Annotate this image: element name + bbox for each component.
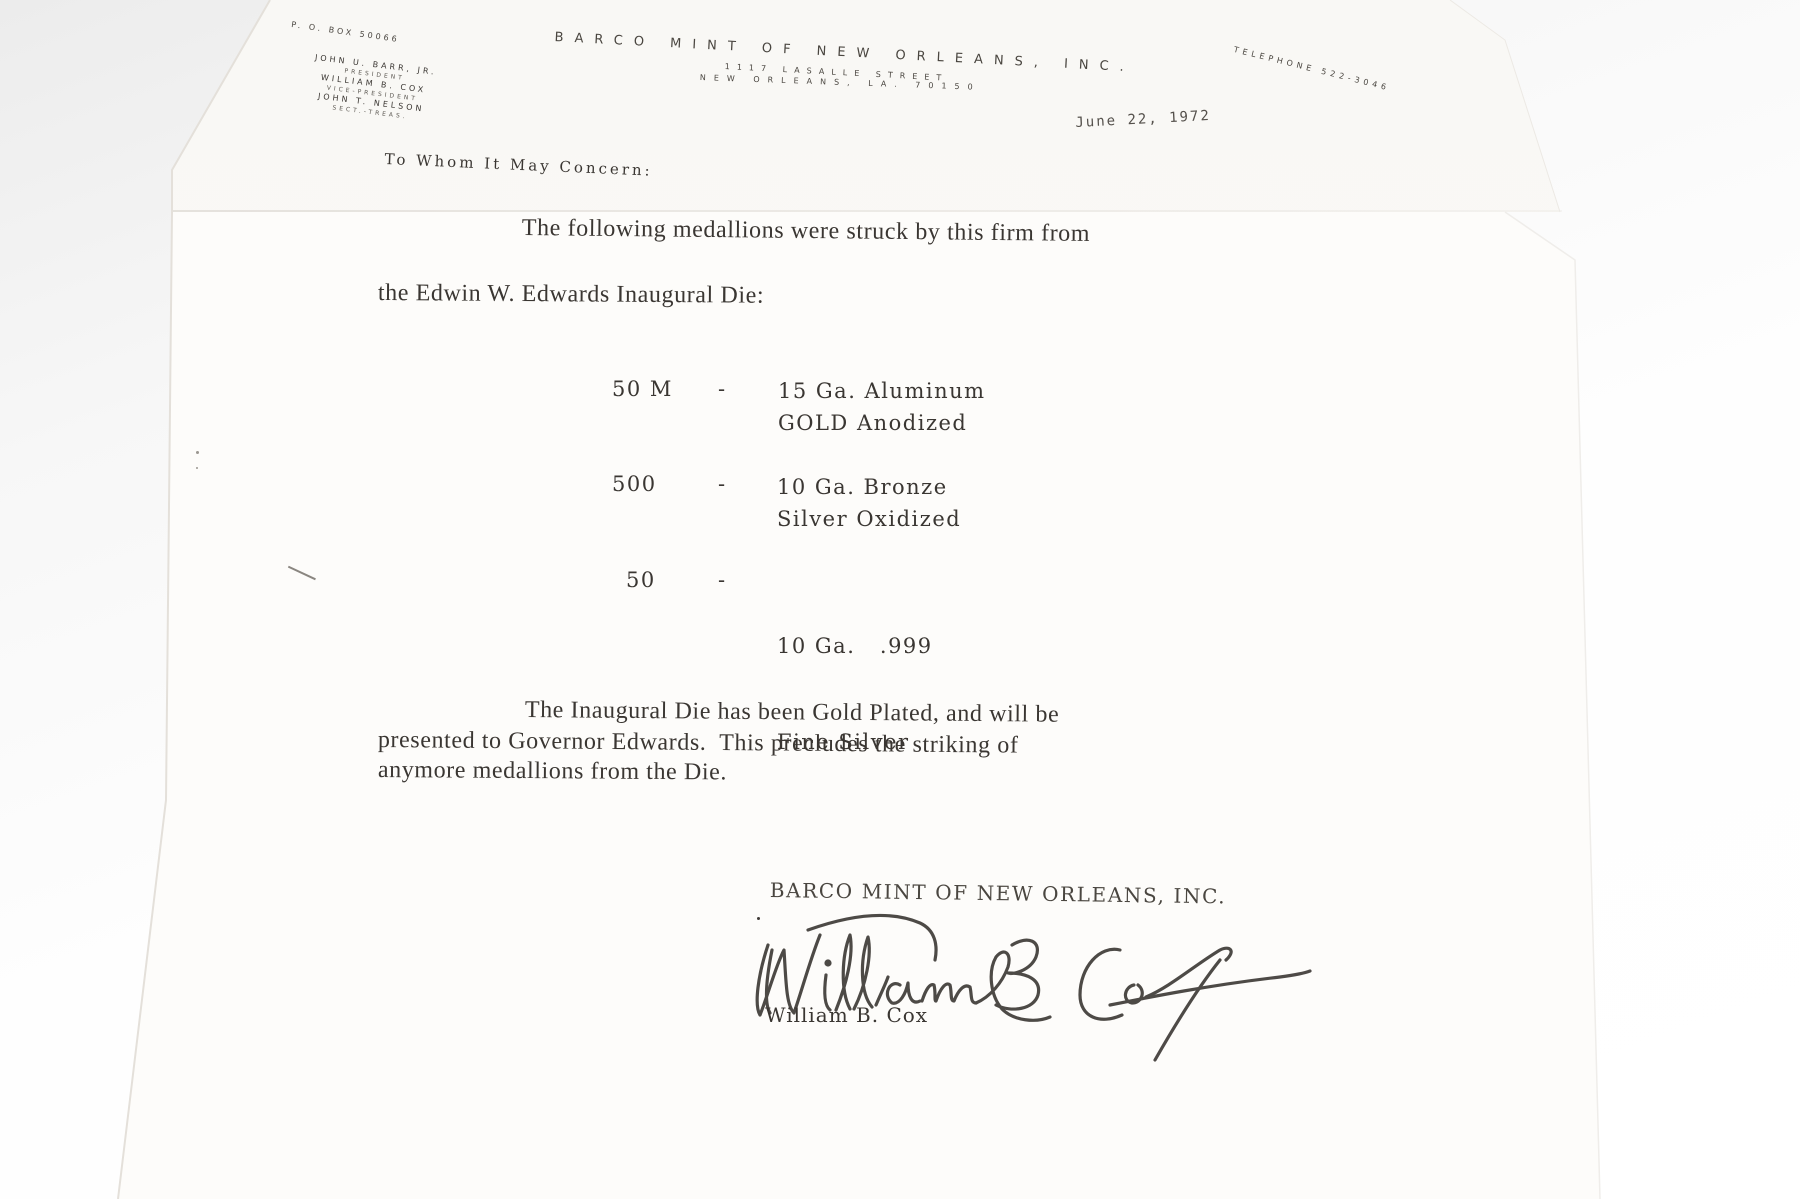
closing-line-1: The Inaugural Die has been Gold Plated, … [525,697,1060,729]
closing-line-2: presented to Governor Edwards. This prec… [378,727,1019,760]
closing-line-3: anymore medallions from the Die. [378,757,727,786]
medallion-spec: 10 Ga. .999 [777,630,933,662]
medallion-spec: 15 Ga. Aluminum [778,375,986,407]
medallion-quantity: 500 [612,472,657,496]
medallion-quantity: 50 M [612,377,673,401]
medallion-spec: 10 Ga. Bronze [777,471,961,503]
intro-line-2: the Edwin W. Edwards Inaugural Die: [378,280,764,310]
handwritten-signature-icon [750,905,1340,1075]
photo-scene: P. O. BOX 50066 JOHN U. BARR, JR. PRESID… [0,0,1800,1199]
paper-fold-line [172,210,1562,212]
paper-mark [196,467,198,469]
medallion-quantity: 50 [626,568,656,592]
paper-mark [196,451,199,454]
medallion-description: 15 Ga. Aluminum GOLD Anodized [778,375,986,439]
medallion-description: 10 Ga. Bronze Silver Oxidized [777,471,961,535]
paper-mark [757,917,760,920]
medallion-dash: - [718,377,727,401]
signer-name: William B. Cox [765,1003,928,1027]
medallion-dash: - [718,472,727,496]
medallion-finish: Silver Oxidized [777,503,961,535]
medallion-dash: - [718,568,727,592]
medallion-finish: GOLD Anodized [778,407,986,439]
medallion-description: 10 Ga. .999 Fine Silver [777,566,933,822]
